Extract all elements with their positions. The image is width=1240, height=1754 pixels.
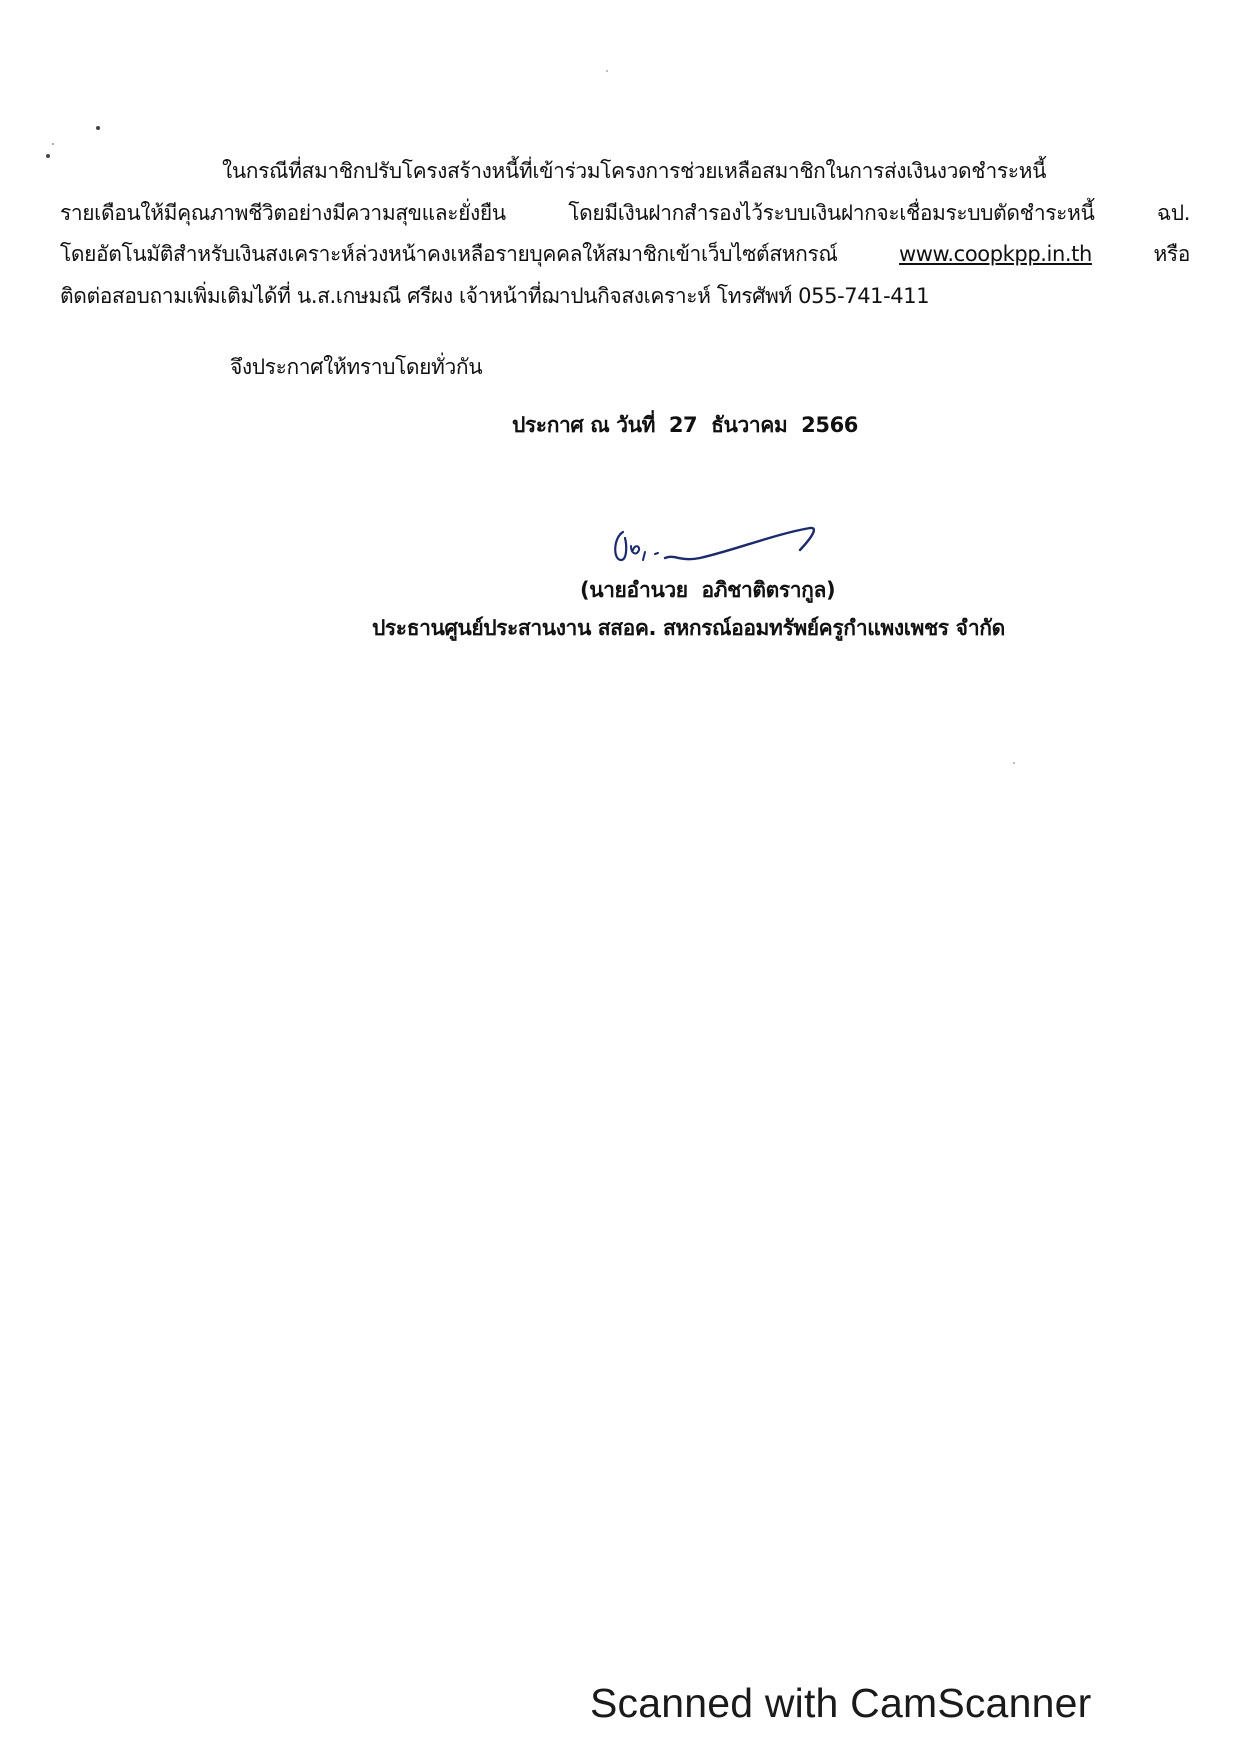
paragraph-line-3-suffix: หรือ [1153, 242, 1190, 266]
paragraph-line-2: รายเดือนให้มีคุณภาพชีวิตอย่างมีความสุขแล… [60, 198, 1190, 228]
scan-speck [606, 70, 608, 72]
scan-speck [46, 154, 50, 158]
signer-position: ประธานศูนย์ประสานงาน สสอค. สหกรณ์ออมทรัพ… [372, 613, 1005, 643]
website-link[interactable]: www.coopkpp.in.th [899, 242, 1092, 266]
camscanner-watermark: Scanned with CamScanner [590, 1678, 1091, 1728]
signature-image [605, 520, 835, 570]
closing-statement: จึงประกาศให้ทราบโดยทั่วกัน [230, 352, 482, 382]
scan-speck [96, 126, 100, 130]
paragraph-line-3-text: โดยอัตโนมัติสำหรับเงินสงเคราะห์ล่วงหน้าค… [60, 242, 837, 266]
paragraph-line-1: ในกรณีที่สมาชิกปรับโครงสร้างหนี้ที่เข้าร… [222, 156, 1046, 186]
paragraph-line-4: ติดต่อสอบถามเพิ่มเติมได้ที่ น.ส.เกษมณี ศ… [60, 281, 929, 311]
paragraph-line-3: โดยอัตโนมัติสำหรับเงินสงเคราะห์ล่วงหน้าค… [60, 239, 1190, 269]
scan-speck [1013, 762, 1015, 764]
scan-speck [52, 143, 54, 145]
announcement-date: ประกาศ ณ วันที่ 27 ธันวาคม 2566 [512, 410, 858, 440]
signer-name: (นายอำนวย อภิชาติตรากูล) [580, 575, 835, 605]
